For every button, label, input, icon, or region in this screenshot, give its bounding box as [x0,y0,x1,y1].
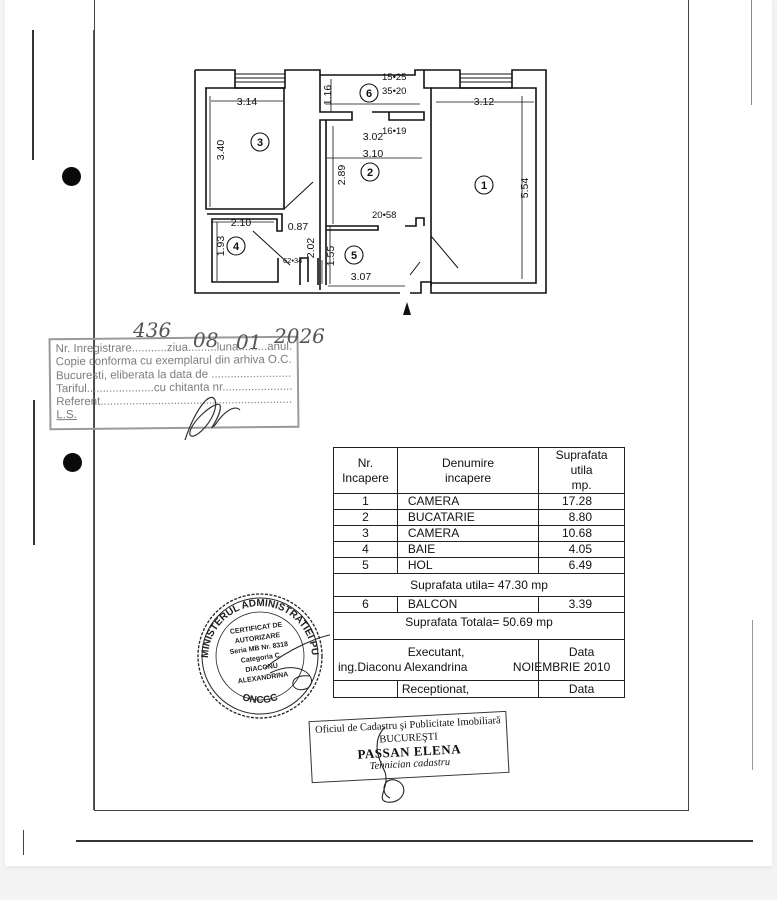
registration-stamp: Nr. Inregistrare...........ziua.........… [49,336,300,431]
svg-text:3.10: 3.10 [363,148,384,160]
grand-total: Suprafata Totala= 50.69 mp [334,613,625,640]
header-name: Denumireincapere [397,448,538,494]
table-row: 6BALCON3.39 [334,597,625,613]
svg-text:35•20: 35•20 [382,86,406,97]
table-row: 3CAMERA10.68 [334,526,625,542]
svg-text:15•25: 15•25 [382,72,406,83]
date-cell-2: Data [539,681,625,698]
svg-text:2.02: 2.02 [305,238,317,259]
svg-text:5.54: 5.54 [519,178,531,199]
svg-text:1.93: 1.93 [215,236,227,257]
date-cell: DataNOIEMBRIE 2010 [539,640,625,681]
signature-icon [365,722,425,807]
svg-text:3.12: 3.12 [474,96,495,108]
entrance-arrow-icon [403,302,411,315]
svg-text:1.16: 1.16 [322,85,334,106]
svg-text:0.87: 0.87 [288,221,309,233]
useful-total: Suprafata utila= 47.30 mp [334,574,625,597]
room-label-6: 6 [366,88,372,100]
svg-text:3.40: 3.40 [215,140,227,161]
table-row: 5HOL6.49 [334,558,625,574]
round-stamp: MINISTERUL ADMINISTRATIEI PUBLICE ONCGC … [190,588,330,723]
svg-text:3.02: 3.02 [363,131,384,143]
area-table: Nr.Incapere Denumireincapere Suprafata u… [333,447,625,698]
table-row: 1CAMERA17.28 [334,494,625,510]
svg-text:1.55: 1.55 [325,246,337,267]
room-label-2: 2 [367,167,373,179]
signature-icon [175,380,245,450]
room-label-5: 5 [351,250,357,262]
room-label-1: 1 [481,180,487,192]
svg-text:2.89: 2.89 [336,165,348,186]
svg-text:62•34: 62•34 [283,256,302,265]
room-label-4: 4 [233,241,240,253]
svg-text:20•58: 20•58 [372,210,396,221]
table-row: 2BUCATARIE8.80 [334,510,625,526]
handwritten-year: 2026 [274,324,325,348]
svg-text:3.14: 3.14 [237,96,258,108]
svg-text:2.10: 2.10 [231,217,252,229]
handwritten-month: 01 [236,330,261,354]
handwritten-number: 436 [133,318,171,342]
svg-text:16•19: 16•19 [382,126,406,137]
handwritten-day: 08 [193,328,218,352]
svg-text:ONCGC: ONCGC [241,692,279,706]
room-label-3: 3 [257,137,263,149]
receptionat-cell: Receptionat, [397,681,538,698]
header-area: Suprafata utilamp. [539,448,625,494]
svg-text:3.07: 3.07 [351,271,372,283]
table-row: 4BAIE4.05 [334,542,625,558]
header-nr: Nr.Incapere [334,448,398,494]
